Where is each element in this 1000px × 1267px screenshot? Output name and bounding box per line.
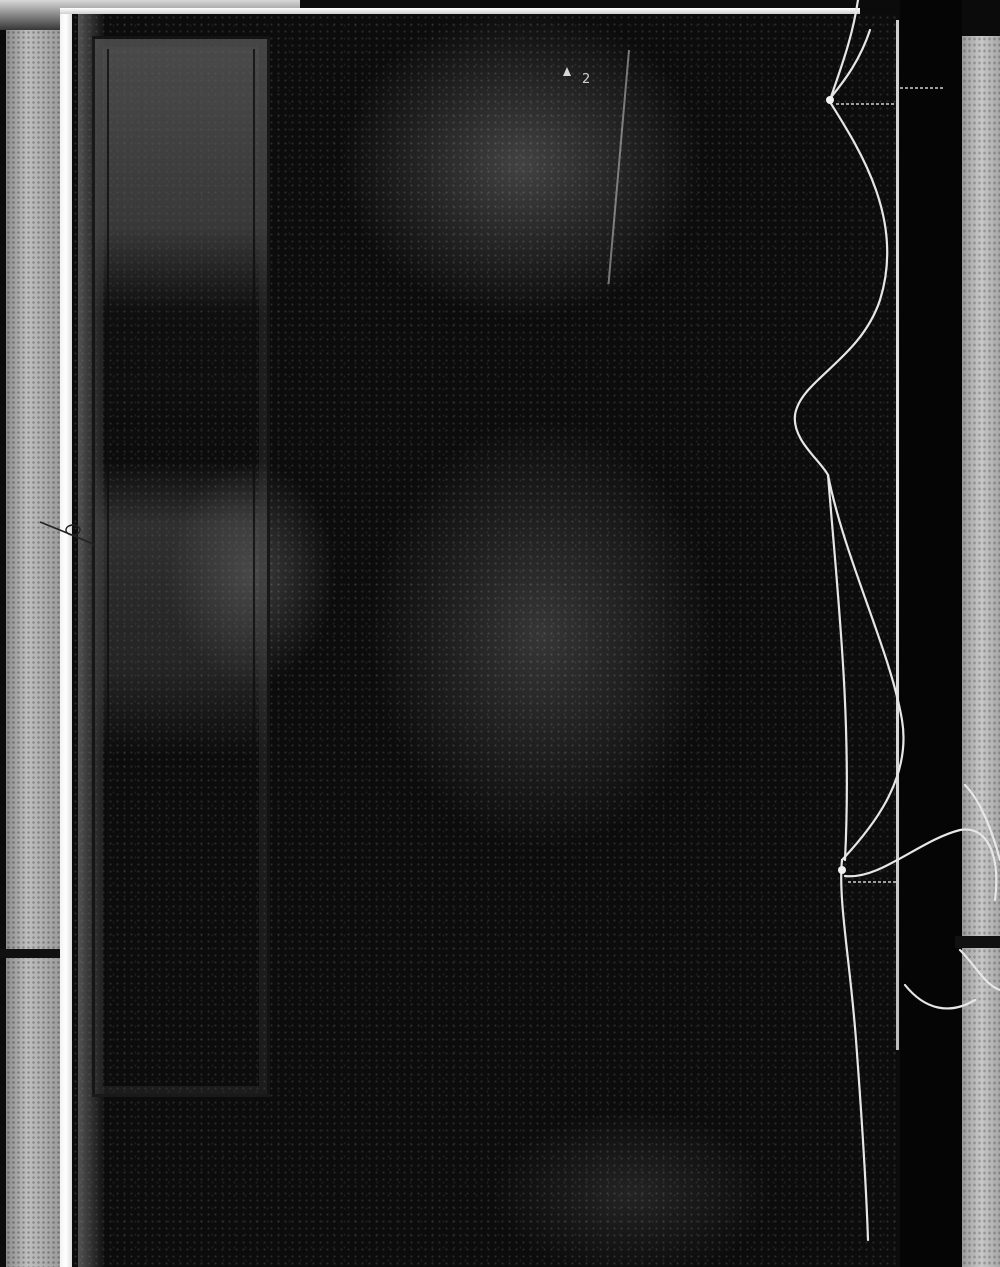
binding-thread: [0, 0, 1000, 1267]
book-cover-scan: 2: [0, 0, 1000, 1267]
